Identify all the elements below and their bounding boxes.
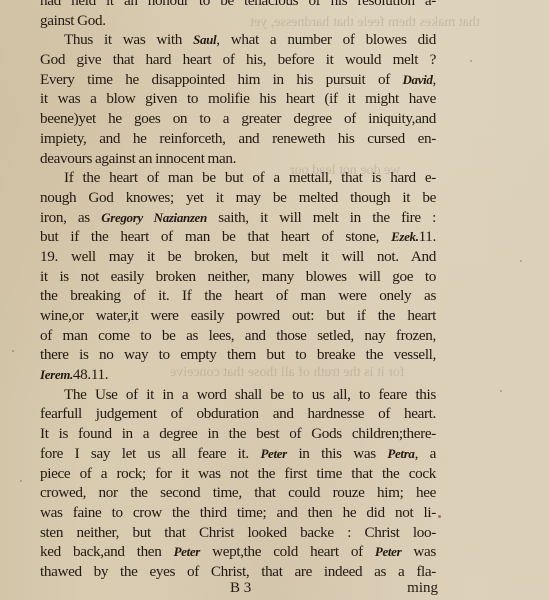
text-line: ked back,and then Peter wept,the cold he…	[40, 542, 436, 562]
italic-name: Petra	[387, 446, 414, 461]
text-run: saith, it will melt in the fire :	[207, 209, 436, 226]
text-run: , a	[415, 445, 436, 462]
text-run: 48.11.	[73, 366, 108, 383]
text-line: there is no way to empty them but to bre…	[40, 345, 436, 365]
italic-name: Peter	[375, 544, 401, 559]
text-run: of man come to be as lees, and those set…	[40, 327, 436, 344]
text-run: It is found in a degree in the best of G…	[40, 425, 436, 442]
text-run: wept,the cold heart of	[200, 543, 375, 560]
text-line: it was a blow given to molifie his heart…	[40, 89, 436, 109]
italic-name: Peter	[174, 544, 200, 559]
text-run: sten neither, but that Christ looked bac…	[40, 524, 436, 541]
text-run: was faine to crow the third time; and th…	[40, 504, 436, 521]
page-body: had held it an honour to be tenacious of…	[40, 0, 436, 582]
text-run: gainst God.	[40, 12, 106, 29]
text-line: fearfull judgement of obduration and har…	[40, 404, 436, 424]
text-run: nough God knowes; yet it may be melted t…	[40, 189, 436, 206]
text-run: If the heart of man be but of a mettall,…	[64, 169, 436, 186]
text-run: but if the heart of man be that heart of…	[40, 228, 391, 245]
text-run: Thus it was with	[64, 31, 193, 48]
text-line: impiety, and he reinforceth, and renewet…	[40, 129, 436, 149]
text-line: piece of a rock; for it was not the firs…	[40, 464, 436, 484]
text-run: deavours against an innocent man.	[40, 150, 236, 167]
text-run: Every time he disappointed him in his pu…	[40, 71, 403, 88]
text-run: impiety, and he reinforceth, and renewet…	[40, 130, 436, 147]
text-run: iron, as	[40, 209, 101, 226]
text-line: beene)yet he goes on to a greater degree…	[40, 109, 436, 129]
text-line: nough God knowes; yet it may be melted t…	[40, 188, 436, 208]
italic-name: Saul	[193, 32, 216, 47]
text-line: deavours against an innocent man.	[40, 149, 436, 169]
text-run: fore I say let us all feare it.	[40, 445, 260, 462]
text-line: the breaking of it. If the heart of man …	[40, 286, 436, 306]
catchword: ming	[407, 580, 438, 597]
text-run: , what a number of blowes did	[216, 31, 436, 48]
text-line: iron, as Gregory Nazianzen saith, it wil…	[40, 208, 436, 228]
text-run: ked back,and then	[40, 543, 174, 560]
text-line: If the heart of man be but of a mettall,…	[40, 168, 436, 188]
text-line: Ierem.48.11.	[40, 365, 436, 385]
text-run: had held it an honour to be tenacious of…	[40, 0, 436, 9]
italic-name: Gregory Nazianzen	[101, 210, 207, 225]
italic-name: David	[403, 72, 433, 87]
text-run: ,	[433, 71, 436, 88]
text-run: wine,or water,it were easily powred out:…	[40, 307, 436, 324]
page-footer: B 3 ming	[40, 580, 436, 600]
italic-name: Ierem.	[40, 367, 73, 382]
text-run: 11.	[419, 228, 436, 245]
text-line: sten neither, but that Christ looked bac…	[40, 523, 436, 543]
text-line: crowed, nor the second time, that could …	[40, 483, 436, 503]
text-line: wine,or water,it were easily powred out:…	[40, 306, 436, 326]
text-line: fore I say let us all feare it. Peter in…	[40, 444, 436, 464]
italic-name: Ezek.	[391, 229, 419, 244]
text-run: fearfull judgement of obduration and har…	[40, 405, 436, 422]
text-line: 19. well may it be broken, but melt it w…	[40, 247, 436, 267]
text-line: It is found in a degree in the best of G…	[40, 424, 436, 444]
text-line: but if the heart of man be that heart of…	[40, 227, 436, 247]
signature-mark: B 3	[230, 580, 251, 597]
text-line: Every time he disappointed him in his pu…	[40, 70, 436, 90]
italic-name: Peter	[260, 446, 286, 461]
text-run: it was a blow given to molifie his heart…	[40, 90, 436, 107]
text-run: the breaking of it. If the heart of man …	[40, 287, 436, 304]
text-run: was	[401, 543, 436, 560]
text-run: crowed, nor the second time, that could …	[40, 484, 436, 501]
text-line: Thus it was with Saul, what a number of …	[40, 30, 436, 50]
text-run: beene)yet he goes on to a greater degree…	[40, 110, 436, 127]
text-line: was faine to crow the third time; and th…	[40, 503, 436, 523]
text-run: in this was	[287, 445, 388, 462]
text-run: The Use of it in a word shall be to us a…	[64, 386, 436, 403]
text-run: piece of a rock; for it was not the firs…	[40, 465, 436, 482]
text-line: thawed by the eyes of Christ, that are i…	[40, 562, 436, 582]
text-line: gainst God.	[40, 11, 436, 31]
text-run: God give that hard heart of his, before …	[40, 51, 436, 68]
text-run: 19. well may it be broken, but melt it w…	[40, 248, 436, 265]
text-line: God give that hard heart of his, before …	[40, 50, 436, 70]
text-line: of man come to be as lees, and those set…	[40, 326, 436, 346]
text-line: it is not easily broken neither, many bl…	[40, 267, 436, 287]
text-run: thawed by the eyes of Christ, that are i…	[40, 563, 436, 580]
text-line: The Use of it in a word shall be to us a…	[40, 385, 436, 405]
text-run: there is no way to empty them but to bre…	[40, 346, 436, 363]
text-line: had held it an honour to be tenacious of…	[40, 0, 436, 11]
text-run: it is not easily broken neither, many bl…	[40, 268, 436, 285]
